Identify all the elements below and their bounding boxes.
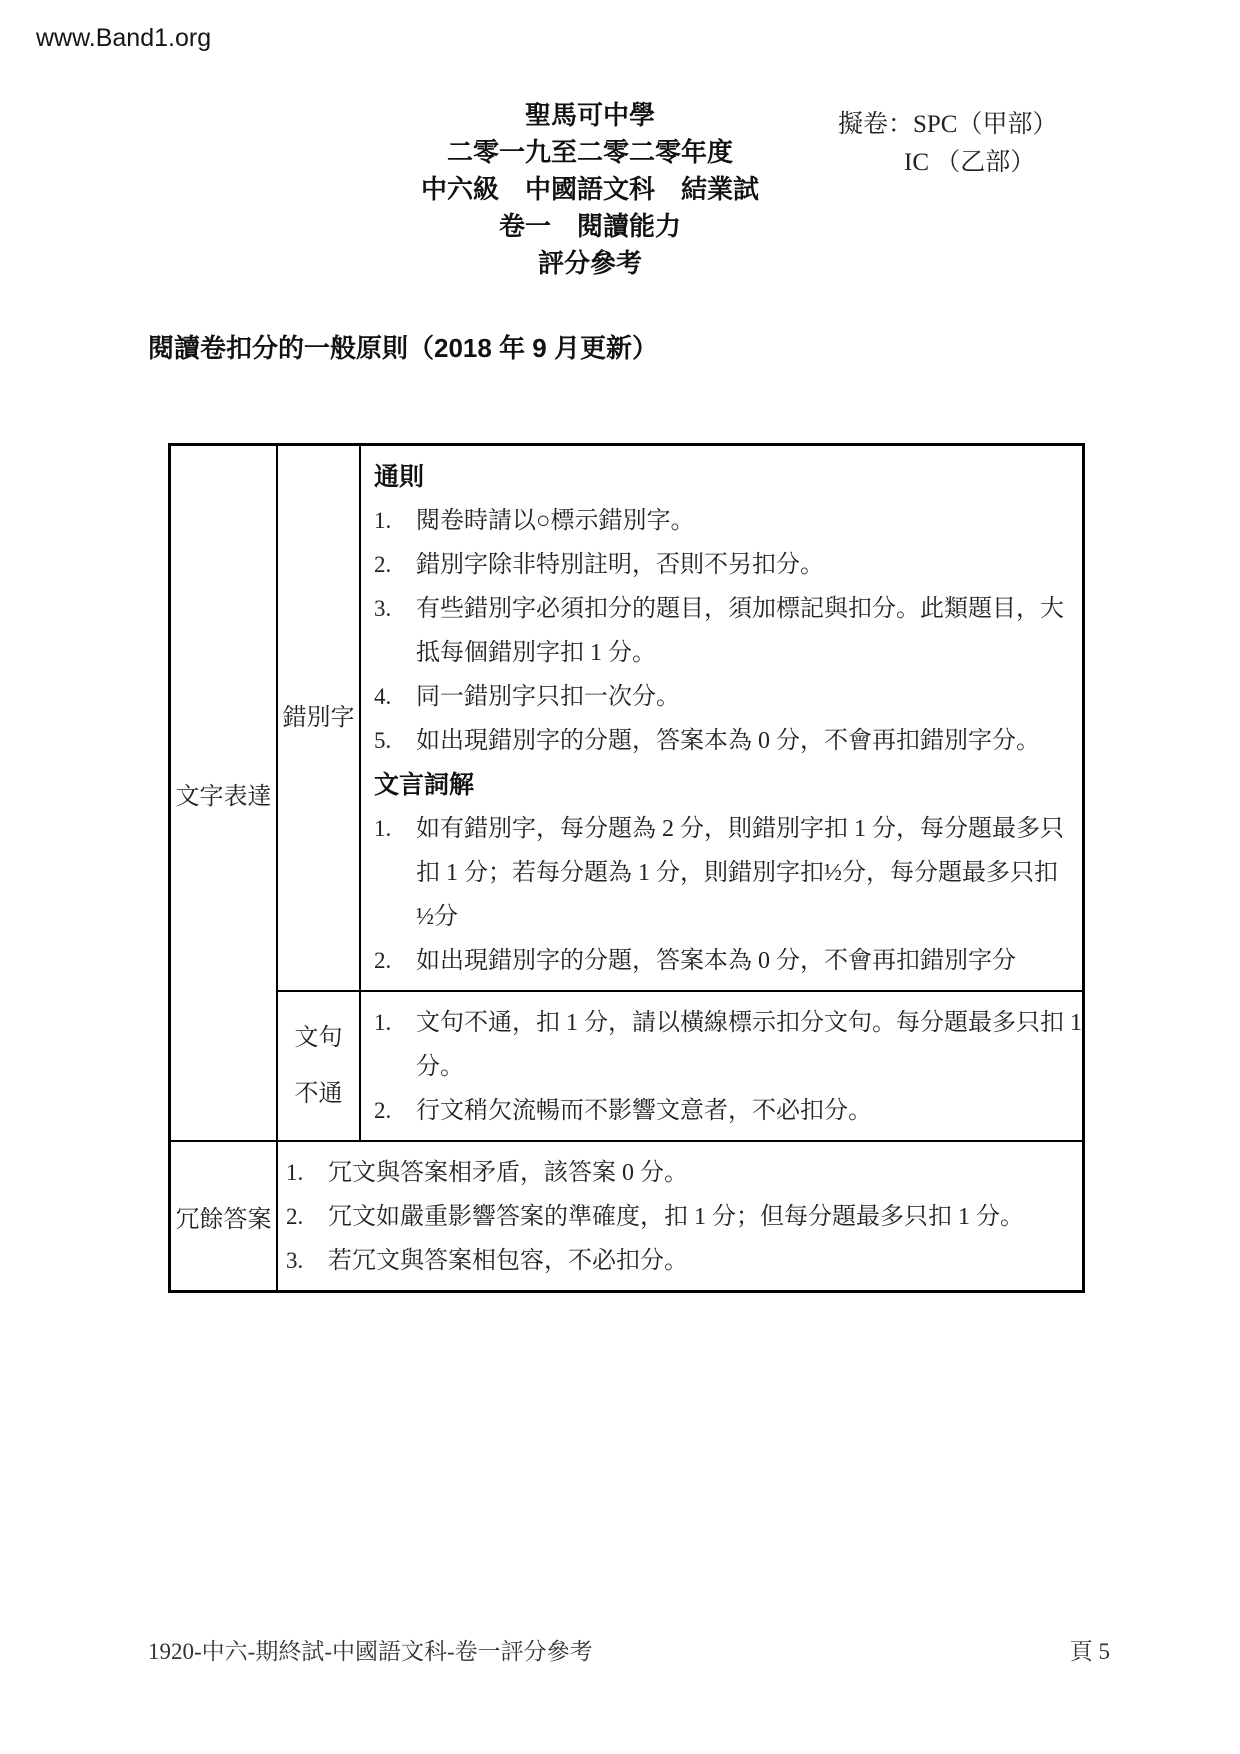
rule-item-text: 若冗文與答案相包容，不必扣分。 [328, 1239, 1072, 1283]
rule-item-text: 冗文如嚴重影響答案的準確度，扣 1 分；但每分題最多只扣 1 分。 [328, 1195, 1072, 1239]
footer-page-number: 頁 5 [1070, 1633, 1110, 1666]
academic-year: 二零一九至二零二零年度 [300, 134, 880, 171]
rule-item-number: 3. [286, 1239, 328, 1283]
rule-item-text: 同一錯別字只扣一次分。 [416, 675, 1072, 719]
setter-line-2: IC （乙部） [838, 144, 1057, 182]
rule-item-text: 文句不通，扣 1 分，請以橫線標示扣分文句。每分題最多只扣 1分。 [416, 1001, 1072, 1089]
rule-item-text: 如出現錯別字的分題，答案本為 0 分，不會再扣錯別字分。 [416, 719, 1072, 763]
wrong-characters-content: 通則 1.閱卷時請以○標示錯別字。2.錯別字除非特別註明，否則不另扣分。3.有些… [361, 446, 1082, 990]
setter-block: 擬卷：SPC（甲部） IC （乙部） [838, 106, 1057, 182]
rule-item: 2.如出現錯別字的分題，答案本為 0 分，不會再扣錯別字分 [374, 939, 1072, 983]
rule-item-text: 有些錯別字必須扣分的題目，須加標記與扣分。此類題目，大抵每個錯別字扣 1 分。 [416, 587, 1072, 675]
rule-item-number: 5. [374, 719, 416, 763]
rule-item-number: 2. [374, 939, 416, 983]
rule-item: 1.如有錯別字，每分題為 2 分，則錯別字扣 1 分，每分題最多只扣 1 分；若… [374, 807, 1072, 939]
rule-item: 1.冗文與答案相矛盾，該答案 0 分。 [286, 1151, 1072, 1195]
paper-title: 卷一 閱讀能力 [300, 208, 880, 245]
marking-rules-table: 文字表達 錯別字 通則 1.閱卷時請以○標示錯別字。2.錯別字除非特別註明，否則… [168, 443, 1085, 1293]
subcategory-label-incoherent-sentences: 文句 不通 [278, 992, 361, 1140]
footer-document-id: 1920-中六-期終試-中國語文科-卷一評分參考 [148, 1633, 593, 1666]
rule-item-number: 3. [374, 587, 416, 675]
rule-item: 4.同一錯別字只扣一次分。 [374, 675, 1072, 719]
rule-item-text: 閱卷時請以○標示錯別字。 [416, 499, 1072, 543]
document-title-block: 聖馬可中學 二零一九至二零二零年度 中六級 中國語文科 結業試 卷一 閱讀能力 … [300, 97, 880, 282]
rule-item: 3.有些錯別字必須扣分的題目，須加標記與扣分。此類題目，大抵每個錯別字扣 1 分… [374, 587, 1072, 675]
text-expression-row: 文字表達 錯別字 通則 1.閱卷時請以○標示錯別字。2.錯別字除非特別註明，否則… [171, 446, 1082, 1142]
rule-item-text: 如出現錯別字的分題，答案本為 0 分，不會再扣錯別字分 [416, 939, 1072, 983]
subcategory-label-wrong-characters: 錯別字 [278, 446, 361, 990]
rule-item-text: 如有錯別字，每分題為 2 分，則錯別字扣 1 分，每分題最多只扣 1 分；若每分… [416, 807, 1072, 939]
document-type: 評分參考 [300, 245, 880, 282]
rule-item: 1.閱卷時請以○標示錯別字。 [374, 499, 1072, 543]
incoherent-sentences-content: 1.文句不通，扣 1 分，請以橫線標示扣分文句。每分題最多只扣 1分。2.行文稍… [361, 992, 1082, 1140]
rule-item-text: 錯別字除非特別註明，否則不另扣分。 [416, 543, 1072, 587]
rule-item: 2.行文稍欠流暢而不影響文意者，不必扣分。 [374, 1089, 1072, 1133]
section-heading: 閱讀卷扣分的一般原則（2018 年 9 月更新） [148, 328, 658, 365]
category-label-redundant-answers: 冗餘答案 [171, 1142, 278, 1290]
redundant-answers-content: 1.冗文與答案相矛盾，該答案 0 分。2.冗文如嚴重影響答案的準確度，扣 1 分… [278, 1142, 1082, 1290]
incoherent-rules-list: 1.文句不通，扣 1 分，請以橫線標示扣分文句。每分題最多只扣 1分。2.行文稍… [374, 1001, 1072, 1133]
incoherent-sentences-subrow: 文句 不通 1.文句不通，扣 1 分，請以橫線標示扣分文句。每分題最多只扣 1分… [278, 992, 1082, 1140]
rule-item: 5.如出現錯別字的分題，答案本為 0 分，不會再扣錯別字分。 [374, 719, 1072, 763]
rule-item-number: 2. [286, 1195, 328, 1239]
classical-gloss-heading: 文言詞解 [374, 763, 1072, 807]
general-rules-heading: 通則 [374, 455, 1072, 499]
school-name: 聖馬可中學 [300, 97, 880, 134]
rule-item: 2.錯別字除非特別註明，否則不另扣分。 [374, 543, 1072, 587]
classical-gloss-list: 1.如有錯別字，每分題為 2 分，則錯別字扣 1 分，每分題最多只扣 1 分；若… [374, 807, 1072, 983]
rule-item-number: 1. [374, 1001, 416, 1089]
rule-item-number: 1. [374, 807, 416, 939]
rule-item-number: 1. [286, 1151, 328, 1195]
rule-item-number: 4. [374, 675, 416, 719]
rule-item-text: 行文稍欠流暢而不影響文意者，不必扣分。 [416, 1089, 1072, 1133]
watermark-text: www.Band1.org [36, 24, 211, 53]
wrong-characters-subrow: 錯別字 通則 1.閱卷時請以○標示錯別字。2.錯別字除非特別註明，否則不另扣分。… [278, 446, 1082, 992]
rule-item-number: 2. [374, 543, 416, 587]
rule-item-number: 1. [374, 499, 416, 543]
document-page: www.Band1.org 聖馬可中學 二零一九至二零二零年度 中六級 中國語文… [0, 0, 1240, 1754]
rule-item-number: 2. [374, 1089, 416, 1133]
exam-title: 中六級 中國語文科 結業試 [300, 171, 880, 208]
category-label-text-expression: 文字表達 [171, 446, 278, 1140]
text-expression-subrows: 錯別字 通則 1.閱卷時請以○標示錯別字。2.錯別字除非特別註明，否則不另扣分。… [278, 446, 1082, 1140]
redundant-answers-row: 冗餘答案 1.冗文與答案相矛盾，該答案 0 分。2.冗文如嚴重影響答案的準確度，… [171, 1142, 1082, 1290]
rule-item-text: 冗文與答案相矛盾，該答案 0 分。 [328, 1151, 1072, 1195]
rule-item: 1.文句不通，扣 1 分，請以橫線標示扣分文句。每分題最多只扣 1分。 [374, 1001, 1072, 1089]
redundant-rules-list: 1.冗文與答案相矛盾，該答案 0 分。2.冗文如嚴重影響答案的準確度，扣 1 分… [286, 1151, 1072, 1283]
rule-item: 3.若冗文與答案相包容，不必扣分。 [286, 1239, 1072, 1283]
rule-item: 2.冗文如嚴重影響答案的準確度，扣 1 分；但每分題最多只扣 1 分。 [286, 1195, 1072, 1239]
setter-line-1: 擬卷：SPC（甲部） [838, 106, 1057, 144]
general-rules-list: 1.閱卷時請以○標示錯別字。2.錯別字除非特別註明，否則不另扣分。3.有些錯別字… [374, 499, 1072, 763]
